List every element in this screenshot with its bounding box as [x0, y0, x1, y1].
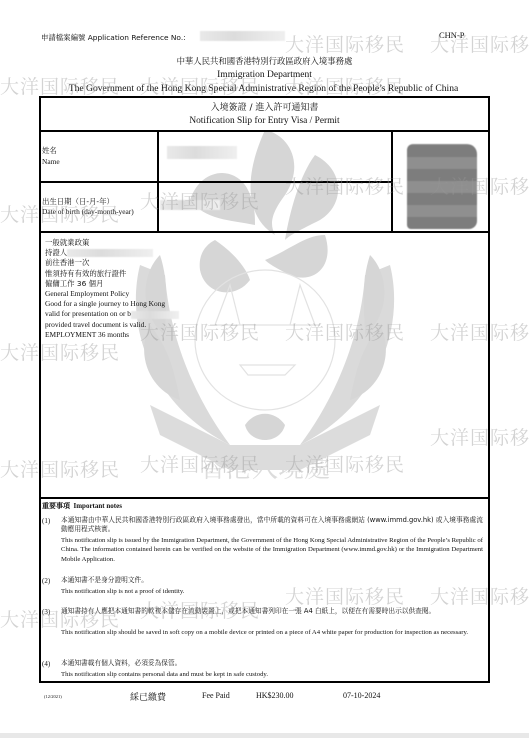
- reference-code: CHN-P: [439, 30, 465, 40]
- conditions-list: 一般就業政策 持證人 前往香港一次 惟須持有有效的旅行證件 僱傭工作 36 個月…: [45, 238, 179, 340]
- note-3-chinese: 通知書持有人應把本通知書的軟複本儲存在流動裝置上，或把本通知書列印在一張 A4 …: [61, 607, 483, 616]
- condition-line: 惟須持有有效的旅行證件: [45, 269, 179, 279]
- condition-line: General Employment Policy: [45, 289, 179, 299]
- condition-line: 一般就業政策: [45, 238, 179, 248]
- note-number: (1): [42, 517, 50, 525]
- issue-date: 07-10-2024: [343, 691, 380, 700]
- note-3-english: This notification slip should be saved i…: [61, 628, 483, 637]
- slip-title-chinese: 入境簽證 / 進入許可通知書: [41, 100, 488, 113]
- note-1-english: This notification slip is issued by the …: [61, 536, 483, 564]
- condition-line: Good for a single journey to Hong Kong: [45, 299, 179, 309]
- name-label-english: Name: [42, 157, 60, 166]
- condition-line: 前往香港一次: [45, 258, 179, 268]
- condition-line: 僱傭工作 36 個月: [45, 279, 179, 289]
- note-number: (4): [42, 660, 50, 668]
- dob-label-chinese: 出生日期（日-月-年）: [42, 196, 114, 207]
- dob-value-redacted: [160, 200, 220, 210]
- condition-line: 持證人: [45, 248, 179, 258]
- page-bottom-edge: [0, 733, 529, 738]
- note-2-english: This notification slip is not a proof of…: [61, 587, 483, 596]
- note-1-chinese: 本通知書由中華人民共和國香港特別行政區政府入境事務處發出，當中所載的資料可在入境…: [61, 516, 483, 535]
- note-number: (2): [42, 577, 50, 585]
- important-notes-heading: 重要事項 Important notes: [42, 501, 122, 511]
- fee-paid-chinese: 綵已繳費: [130, 690, 166, 703]
- name-label-chinese: 姓名: [42, 145, 57, 156]
- condition-line: provided travel document is valid.: [45, 320, 179, 330]
- form-code: (12/2021): [44, 694, 62, 699]
- government-name: The Government of the Hong Kong Special …: [41, 83, 486, 94]
- condition-line: valid for presentation on or b: [45, 309, 179, 319]
- application-reference-label: 申請檔案編號 Application Reference No.:: [41, 32, 186, 43]
- condition-line: EMPLOYMENT 36 months: [45, 330, 179, 340]
- note-4-english: This notification slip contains personal…: [61, 670, 483, 679]
- application-reference-value-redacted: [200, 31, 285, 41]
- dob-label-english: Date of birth (day-month-year): [42, 207, 134, 216]
- note-2-chinese: 本通知書不是身分證明文件。: [61, 576, 483, 585]
- fee-paid-english: Fee Paid: [202, 691, 230, 700]
- slip-title-english: Notification Slip for Entry Visa / Permi…: [41, 116, 488, 126]
- applicant-photo-redacted: [407, 144, 477, 229]
- note-number: (3): [42, 608, 50, 616]
- slip-title-box: 入境簽證 / 進入許可通知書 Notification Slip for Ent…: [39, 96, 490, 132]
- department-name-chinese: 中華人民共和國香港特別行政區政府入境事務處: [0, 55, 529, 67]
- note-4-chinese: 本通知書載有個人資料，必須妥為保管。: [61, 659, 483, 668]
- watermark-text: 大洋国际移民: [285, 30, 405, 57]
- fee-amount: HK$230.00: [256, 691, 294, 700]
- department-name-english: Immigration Department: [0, 70, 529, 80]
- name-value-redacted: [167, 146, 237, 159]
